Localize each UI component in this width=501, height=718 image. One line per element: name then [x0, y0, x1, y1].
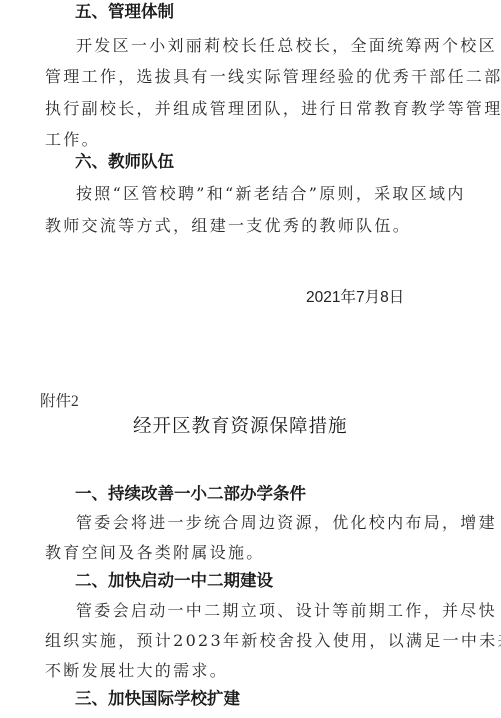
- paragraph-line: 工作。: [45, 127, 100, 150]
- paragraph-line: 按照“区管校聘”和“新老结合”原则，采取区域内: [76, 181, 466, 204]
- attachment-label: 附件2: [40, 389, 79, 411]
- attachment-title: 经开区教育资源保障措施: [133, 412, 348, 438]
- paragraph-line: 管委会启动一中二期立项、设计等前期工作，并尽快: [76, 598, 497, 621]
- paragraph-line: 组织实施，预计2023年新校舍投入使用，以满足一中未来: [45, 628, 501, 651]
- section-heading: 二、加快启动一中二期建设: [75, 567, 273, 591]
- paragraph-line: 不断发展壮大的需求。: [45, 658, 228, 681]
- paragraph-line: 管理工作，选拔具有一线实际管理经验的优秀干部任二部: [45, 64, 501, 87]
- document-date: 2021年7月8日: [306, 285, 404, 307]
- section-heading: 五、管理体制: [75, 0, 174, 22]
- section-heading: 六、教师队伍: [75, 148, 174, 172]
- paragraph-line: 执行副校长，并组成管理团队，进行日常教育教学等管理: [45, 96, 501, 119]
- paragraph-line: 教育空间及各类附属设施。: [45, 540, 265, 563]
- paragraph-line: 开发区一小刘丽莉校长任总校长，全面统筹两个校区: [76, 33, 497, 56]
- section-heading: 三、加快国际学校扩建: [75, 685, 240, 709]
- paragraph-line: 管委会将进一步统合周边资源，优化校内布局，增建: [76, 510, 497, 533]
- section-heading: 一、持续改善一小二部办学条件: [75, 480, 306, 504]
- paragraph-line: 教师交流等方式，组建一支优秀的教师队伍。: [45, 213, 411, 236]
